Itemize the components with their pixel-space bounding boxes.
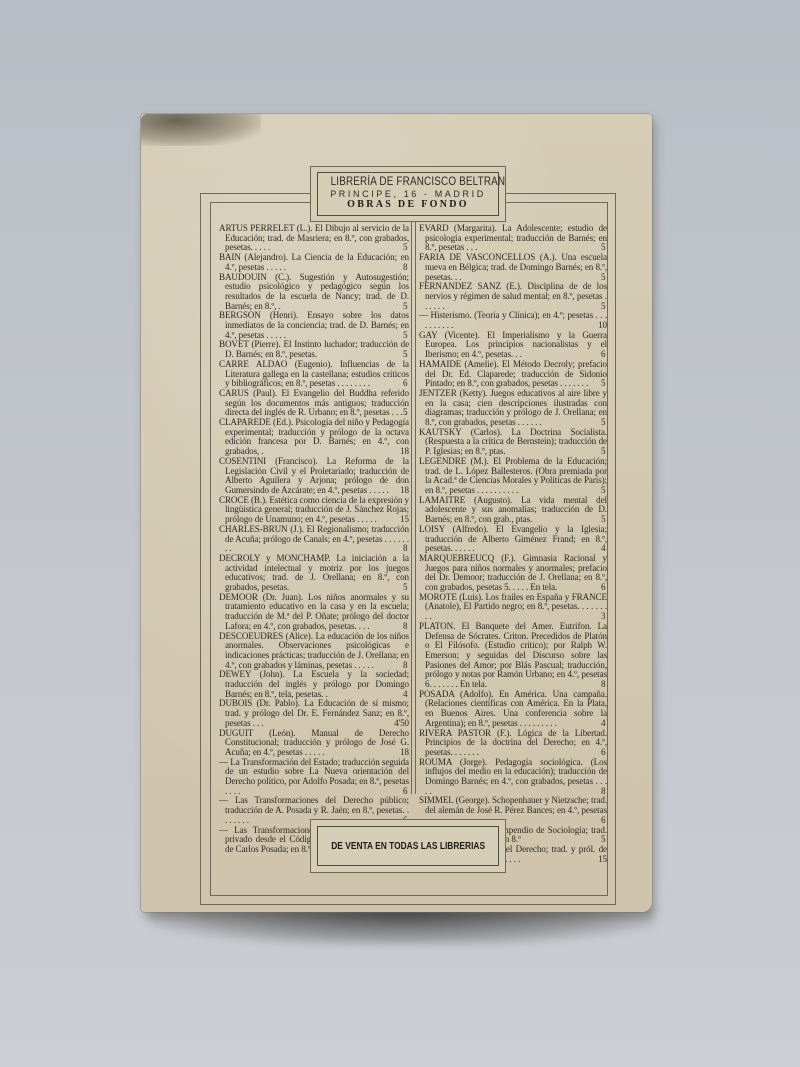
footer-text: DE VENTA EN TODAS LAS LIBRERIAS	[331, 840, 485, 852]
publisher-header-inner: LIBRERÍA DE FRANCISCO BELTRAN PRINCIPE, …	[317, 172, 499, 216]
catalog-entry: EVARD (Margarita). La Adolescente; estud…	[419, 224, 607, 253]
entry-author: BOVET (Pierre).	[219, 339, 281, 349]
catalog-entry: LOISY (Alfredo). El Evangelio y la Igles…	[419, 525, 607, 554]
entry-author: GAY (Vicente).	[419, 330, 480, 340]
catalog-entry: HAMAIDE (Amelie). El Método Decroly; pre…	[419, 360, 607, 389]
catalog-entry: PLATON. El Banquete del Amer. Eutrifon. …	[419, 622, 607, 690]
entry-author: CLAPAREDE (Ed.).	[219, 417, 293, 427]
entry-author: BAUDOUIN (C.).	[219, 272, 291, 282]
entry-author: CARUS (Paul).	[219, 388, 277, 398]
catalog-entry: — Histerismo. (Teoría y Clínica); en 4.º…	[419, 311, 607, 330]
footer-banner-inner: DE VENTA EN TODAS LAS LIBRERIAS	[317, 826, 499, 866]
catalog-entry: CARRE ALDAO (Eugenio). Influencias de la…	[219, 360, 409, 389]
catalog-entry: RIVERA PASTOR (F.). Lógica de la Liberta…	[419, 729, 607, 758]
catalog-title: OBRAS DE FONDO	[318, 199, 498, 210]
entry-author: JENTZER (Ketty).	[419, 388, 487, 398]
footer-banner: DE VENTA EN TODAS LAS LIBRERIAS	[310, 819, 506, 873]
catalog-entry: MARQUEBREUCQ (F.). Gimnasia Racional y J…	[419, 554, 607, 593]
entry-author: MOROTE (Luis).	[419, 592, 483, 602]
entry-author: LOISY (Alfredo).	[419, 524, 488, 534]
catalog-entry: — La Transformación del Estado; traducci…	[219, 758, 409, 797]
entry-author: HAMAIDE (Amelie).	[419, 359, 499, 369]
catalog-entry: FERNANDEZ SANZ (E.). Disciplina de de lo…	[419, 282, 607, 311]
entry-author: —	[219, 795, 228, 805]
entry-author: PLATON.	[419, 621, 455, 631]
entry-author: FARIA DE VASCONCELLOS (A.).	[419, 252, 557, 262]
catalog-entry: DUBOIS (Dr. Pablo). La Educación de sí m…	[219, 699, 409, 728]
catalog-entry: DUGUIT (León). Manual de Derecho Constit…	[219, 729, 409, 758]
column-divider	[411, 222, 416, 794]
entry-author: —	[219, 825, 228, 835]
catalog-entry: FARIA DE VASCONCELLOS (A.). Una escuela …	[419, 253, 607, 282]
entry-author: CARRE ALDAO (Eugenio).	[219, 359, 332, 369]
publisher-address: PRINCIPE, 16 - MADRID	[318, 189, 498, 199]
entry-author: MARQUEBREUCQ (F.).	[419, 553, 516, 563]
entry-author: RIVERA PASTOR (F.).	[419, 728, 511, 738]
catalog-entry: ARTUS PERRELET (L.). El Dibujo al servic…	[219, 224, 409, 253]
catalog-entry: CROCE (B.). Estética como ciencia de la …	[219, 496, 409, 525]
entry-author: DUBOIS (Dr. Pablo).	[219, 698, 300, 708]
catalog-entry: GAY (Vicente). El Imperialismo y la Guer…	[419, 331, 607, 360]
catalog-entry: CLAPAREDE (Ed.). Psicología del niño y P…	[219, 418, 409, 457]
catalog-entry: DECROLY y MONCHAMP. La iniciación a la a…	[219, 554, 409, 593]
catalog-entry: POSADA (Adolfo). En América. Una campaña…	[419, 690, 607, 729]
entry-author: DESCOEUDRES (Alice).	[219, 631, 313, 641]
book-back-cover: LIBRERÍA DE FRANCISCO BELTRAN PRINCIPE, …	[141, 114, 652, 912]
entry-author: DECROLY y MONCHAMP.	[219, 553, 330, 563]
entry-author: EVARD (Margarita).	[419, 223, 497, 233]
catalog-entry: ROUMA (Jorge). Pedagogía sociológica. (L…	[419, 758, 607, 797]
entry-author: ARTUS PERRELET (L.).	[219, 223, 312, 233]
entry-description: El Banquete del Amer. Eutrifon. La Defen…	[425, 621, 607, 689]
entry-author: ROUMA (Jorge).	[419, 757, 487, 767]
catalog-entry: DEWEY (John). La Escuela y la sociedad; …	[219, 670, 409, 699]
entry-description: La Transformación del Estado; traducción…	[225, 757, 409, 796]
catalog-entry: DESCOEUDRES (Alice). La educación de los…	[219, 632, 409, 671]
entry-author: LEGENDRE (M.).	[419, 456, 489, 466]
entry-author: CHARLES-BRUN (J.).	[219, 524, 304, 534]
entry-author: LAMAITRE (Augusto).	[419, 495, 512, 505]
entry-price: 15	[604, 855, 607, 865]
entry-author: BERGSON (Henri).	[219, 310, 298, 320]
catalog-entry: MOROTE (Luis). Los frailes en España y F…	[419, 593, 607, 622]
catalog-entry: JENTZER (Ketty). Juegos educativos al ai…	[419, 389, 607, 428]
catalog-entry: LEGENDRE (M.). El Problema de la Educaci…	[419, 457, 607, 496]
entry-author: KAUTSKY (Carlos).	[419, 427, 502, 437]
publisher-header: LIBRERÍA DE FRANCISCO BELTRAN PRINCIPE, …	[310, 166, 506, 222]
entry-author: FERNANDEZ SANZ (E.).	[419, 281, 522, 291]
catalog-entry: LAMAITRE (Augusto). La vida mental del a…	[419, 496, 607, 525]
catalog-entry: COSENTINI (Francisco). La Reforma de la …	[219, 457, 409, 496]
entry-author: DUGUIT (León).	[219, 728, 295, 738]
entry-description: Histerismo. (Teoría y Clínica); en 4.º; …	[425, 310, 607, 330]
catalog-right-column: EVARD (Margarita). La Adolescente; estud…	[419, 224, 607, 864]
catalog-entry: BOVET (Pierre). El Instinto luchador; tr…	[219, 340, 409, 359]
entry-author: —	[219, 757, 228, 767]
entry-author: DEWEY (John).	[219, 669, 284, 679]
catalog-left-column: ARTUS PERRELET (L.). El Dibujo al servic…	[219, 224, 409, 855]
entry-author: DEMOOR (Dr. Juan).	[219, 592, 303, 602]
entry-author: —	[419, 310, 428, 320]
catalog-entry: CARUS (Paul). El Evangelio del Buddha re…	[219, 389, 409, 418]
entry-author: POSADA (Adolfo).	[419, 689, 493, 699]
catalog-entry: KAUTSKY (Carlos). La Doctrina Socialista…	[419, 428, 607, 457]
catalog-entry: BAIN (Alejandro). La Ciencia de la Educa…	[219, 253, 409, 272]
catalog-entry: DEMOOR (Dr. Juan). Los niños anormales y…	[219, 593, 409, 632]
entry-author: SIMMEL (George).	[419, 795, 490, 805]
entry-author: COSENTINI (Francisco).	[219, 456, 318, 466]
catalog-entry: BAUDOUIN (C.). Sugestión y Autosugestión…	[219, 273, 409, 312]
entry-author: BAIN (Alejandro).	[219, 252, 288, 262]
catalog-entry: CHARLES-BRUN (J.). El Regionalismo; trad…	[219, 525, 409, 554]
catalog-entry: BERGSON (Henri). Ensayo sobre los datos …	[219, 311, 409, 340]
corner-stain	[141, 114, 261, 146]
publisher-name: LIBRERÍA DE FRANCISCO BELTRAN	[331, 176, 486, 188]
entry-author: CROCE (B.).	[219, 495, 267, 505]
